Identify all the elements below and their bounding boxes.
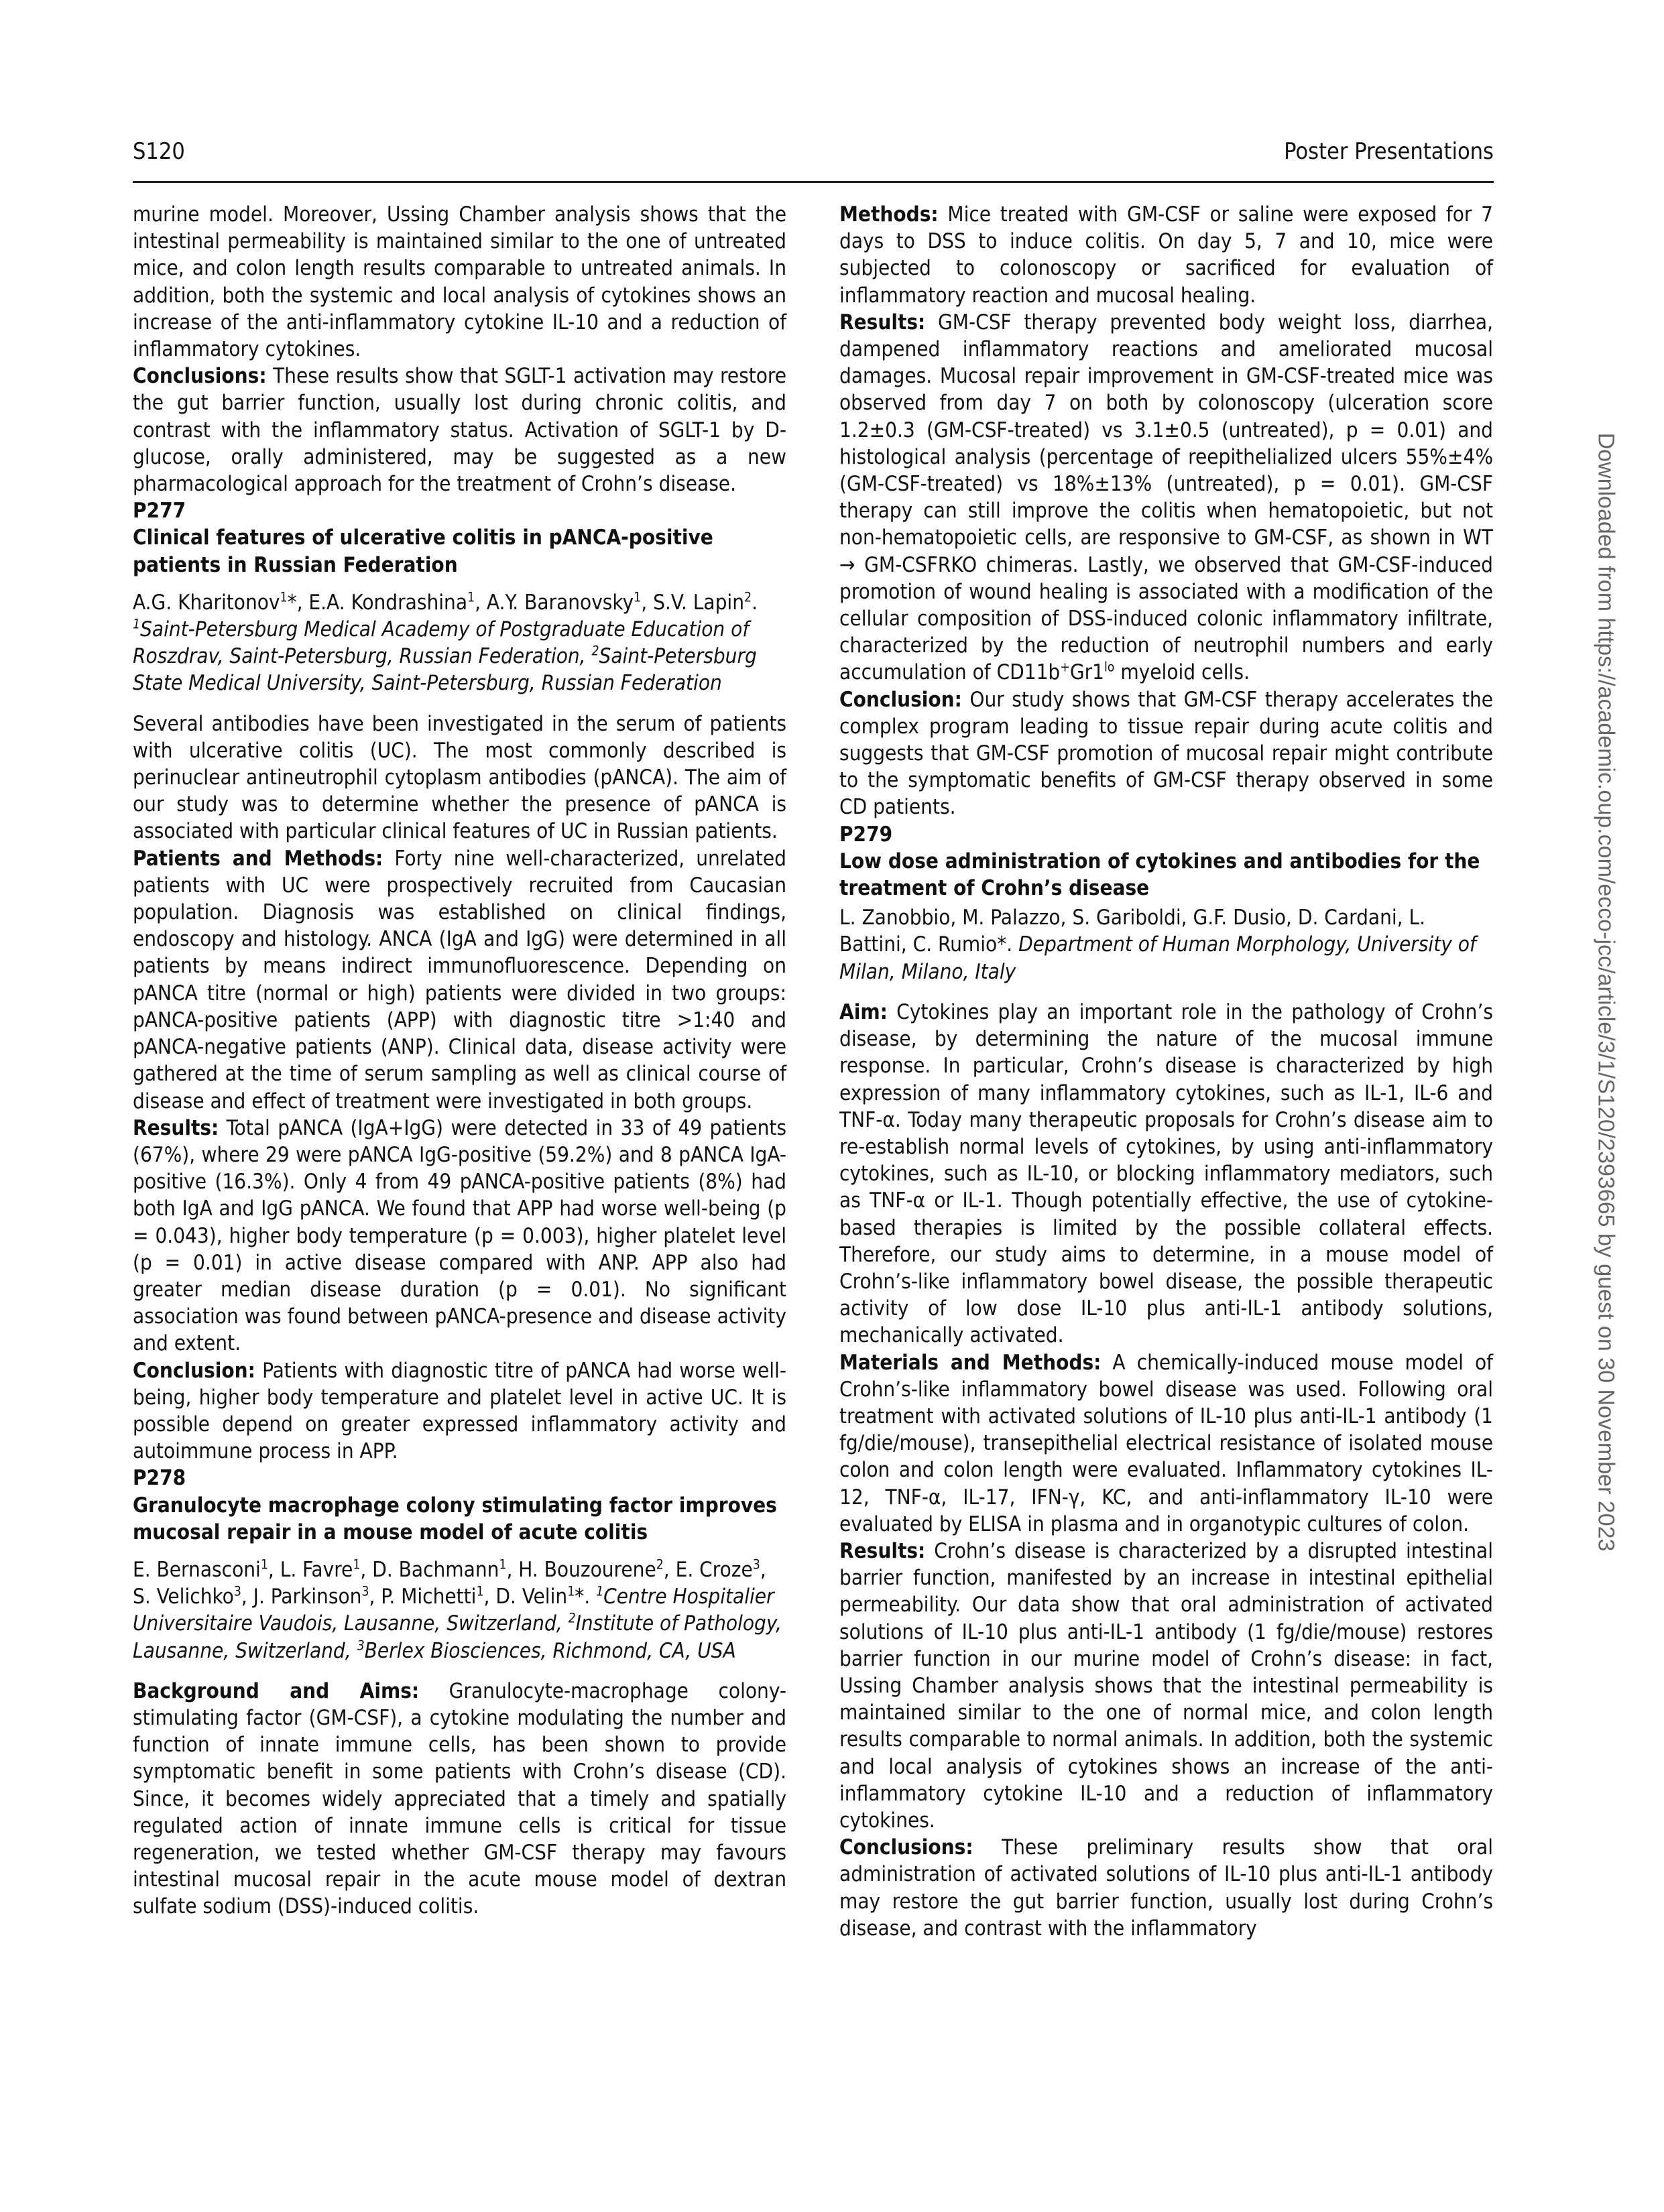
abstract-id: P277 (133, 497, 786, 524)
abstract-id: P279 (839, 821, 1493, 848)
abstract-p278: P278 Granulocyte macrophage colony stimu… (133, 1465, 786, 1920)
abstract-p279: P279 Low dose administration of cytokine… (839, 821, 1493, 1942)
abstract-p277: P277 Clinical features of ulcerative col… (133, 497, 786, 1465)
affiliations: 1Saint-Petersburg Medical Academy of Pos… (133, 617, 757, 695)
author-list: A.G. Kharitonov1*, E.A. Kondrashina1, A.… (133, 589, 786, 697)
abstract-title: Clinical features of ulcerative colitis … (133, 524, 786, 578)
download-watermark: Downloaded from https://academic.oup.com… (1593, 433, 1619, 1552)
section-title: Poster Presentations (1284, 138, 1494, 165)
methods-paragraph: Materials and Methods: A chemically-indu… (839, 1349, 1493, 1538)
abstract-title: Low dose administration of cytokines and… (839, 848, 1493, 902)
prev-abstract-conclusions: Conclusions: These results show that SGL… (133, 363, 786, 497)
left-column: murine model. Moreover, Ussing Chamber a… (133, 201, 786, 1920)
methods-paragraph: Methods: Mice treated with GM-CSF or sal… (839, 201, 1493, 309)
results-paragraph: Results: Total pANCA (IgA+IgG) were dete… (133, 1115, 786, 1357)
methods-paragraph: Patients and Methods: Forty nine well-ch… (133, 845, 786, 1115)
page-number: S120 (133, 138, 185, 165)
aim-paragraph: Aim: Cytokines play an important role in… (839, 999, 1493, 1349)
conclusion-paragraph: Conclusion: Our study shows that GM-CSF … (839, 686, 1493, 821)
conclusions-label: Conclusions: (133, 364, 267, 388)
author-list: E. Bernasconi1, L. Favre1, D. Bachmann1,… (133, 1556, 786, 1664)
conclusion-paragraph: Conclusion: Patients with diagnostic tit… (133, 1357, 786, 1465)
intro-paragraph: Several antibodies have been investigate… (133, 711, 786, 845)
page-header: S120 Poster Presentations (133, 134, 1494, 183)
abstract-id: P278 (133, 1465, 786, 1491)
author-list: L. Zanobbio, M. Palazzo, S. Gariboldi, G… (839, 904, 1493, 985)
background-paragraph: Background and Aims: Granulocyte-macroph… (133, 1678, 786, 1920)
prev-abstract-text: murine model. Moreover, Ussing Chamber a… (133, 201, 786, 363)
results-paragraph: Results: Crohn’s disease is characterize… (839, 1538, 1493, 1834)
conclusions-paragraph: Conclusions: These preliminary results s… (839, 1834, 1493, 1942)
right-column: Methods: Mice treated with GM-CSF or sal… (839, 201, 1493, 1942)
abstract-title: Granulocyte macrophage colony stimulatin… (133, 1492, 786, 1546)
results-paragraph: Results: GM-CSF therapy prevented body w… (839, 309, 1493, 686)
